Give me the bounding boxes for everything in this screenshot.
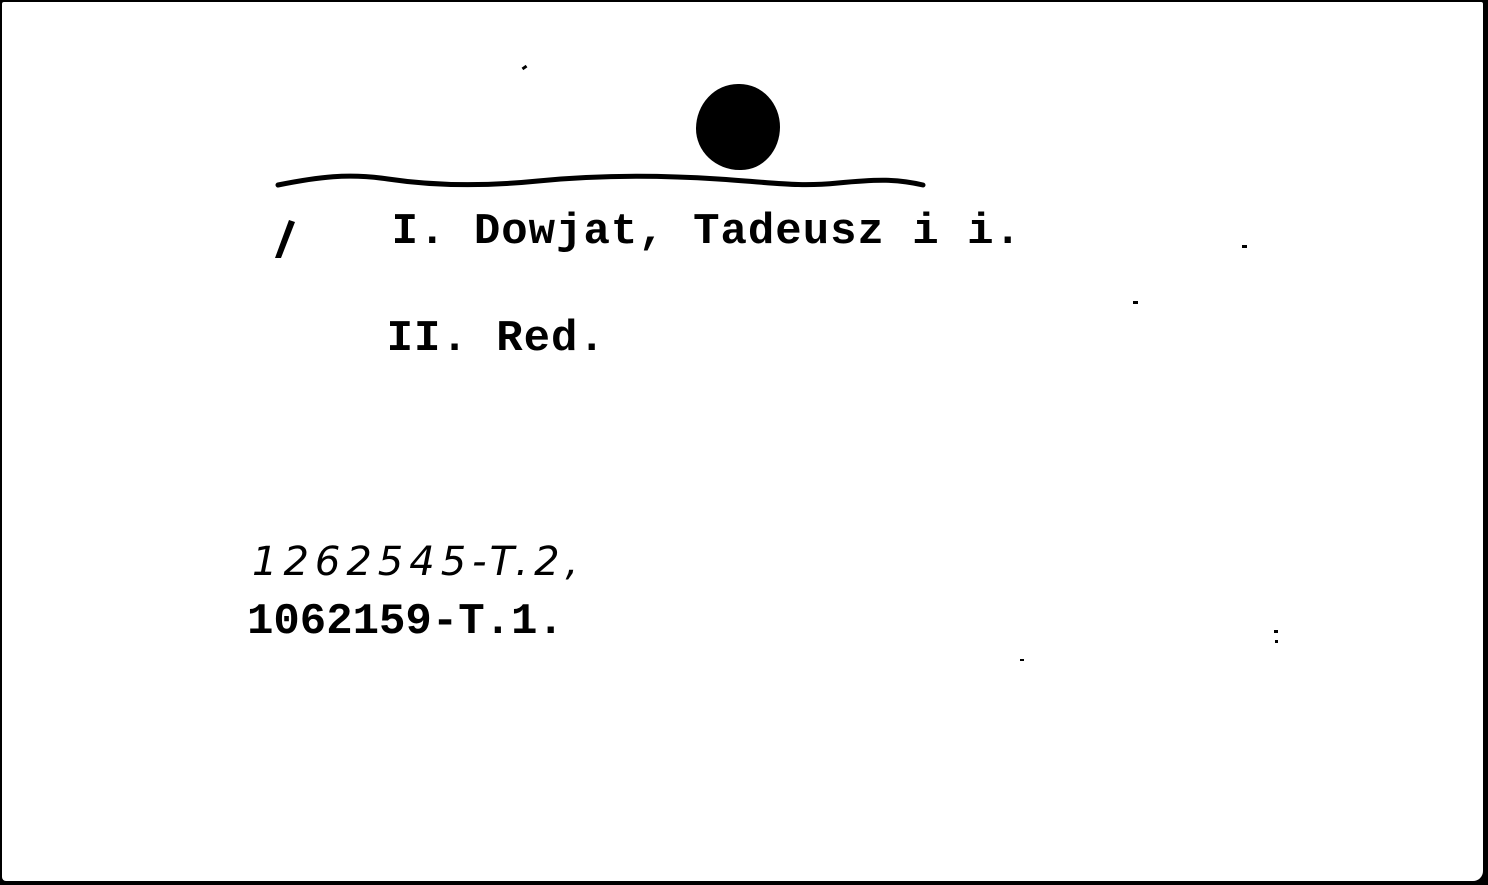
overstrike-mark (273, 218, 297, 260)
ink-speck (1020, 659, 1024, 661)
ink-speck (1274, 630, 1278, 633)
handwritten-call-number: 1262545-T.2, (252, 537, 584, 587)
ink-speck (1275, 640, 1278, 643)
added-entry: II. Red. (277, 214, 606, 414)
ink-speck (1242, 245, 1247, 248)
ink-speck (522, 65, 528, 70)
ink-speck (1133, 301, 1138, 304)
typed-call-number: 1062159-T.1. (247, 597, 564, 647)
strikethrough-line (278, 167, 923, 197)
added-entry-text: II. Red. (387, 314, 606, 364)
catalog-card: I. Dowjat, Tadeusz i i. II. Red. 1262545… (2, 2, 1483, 881)
